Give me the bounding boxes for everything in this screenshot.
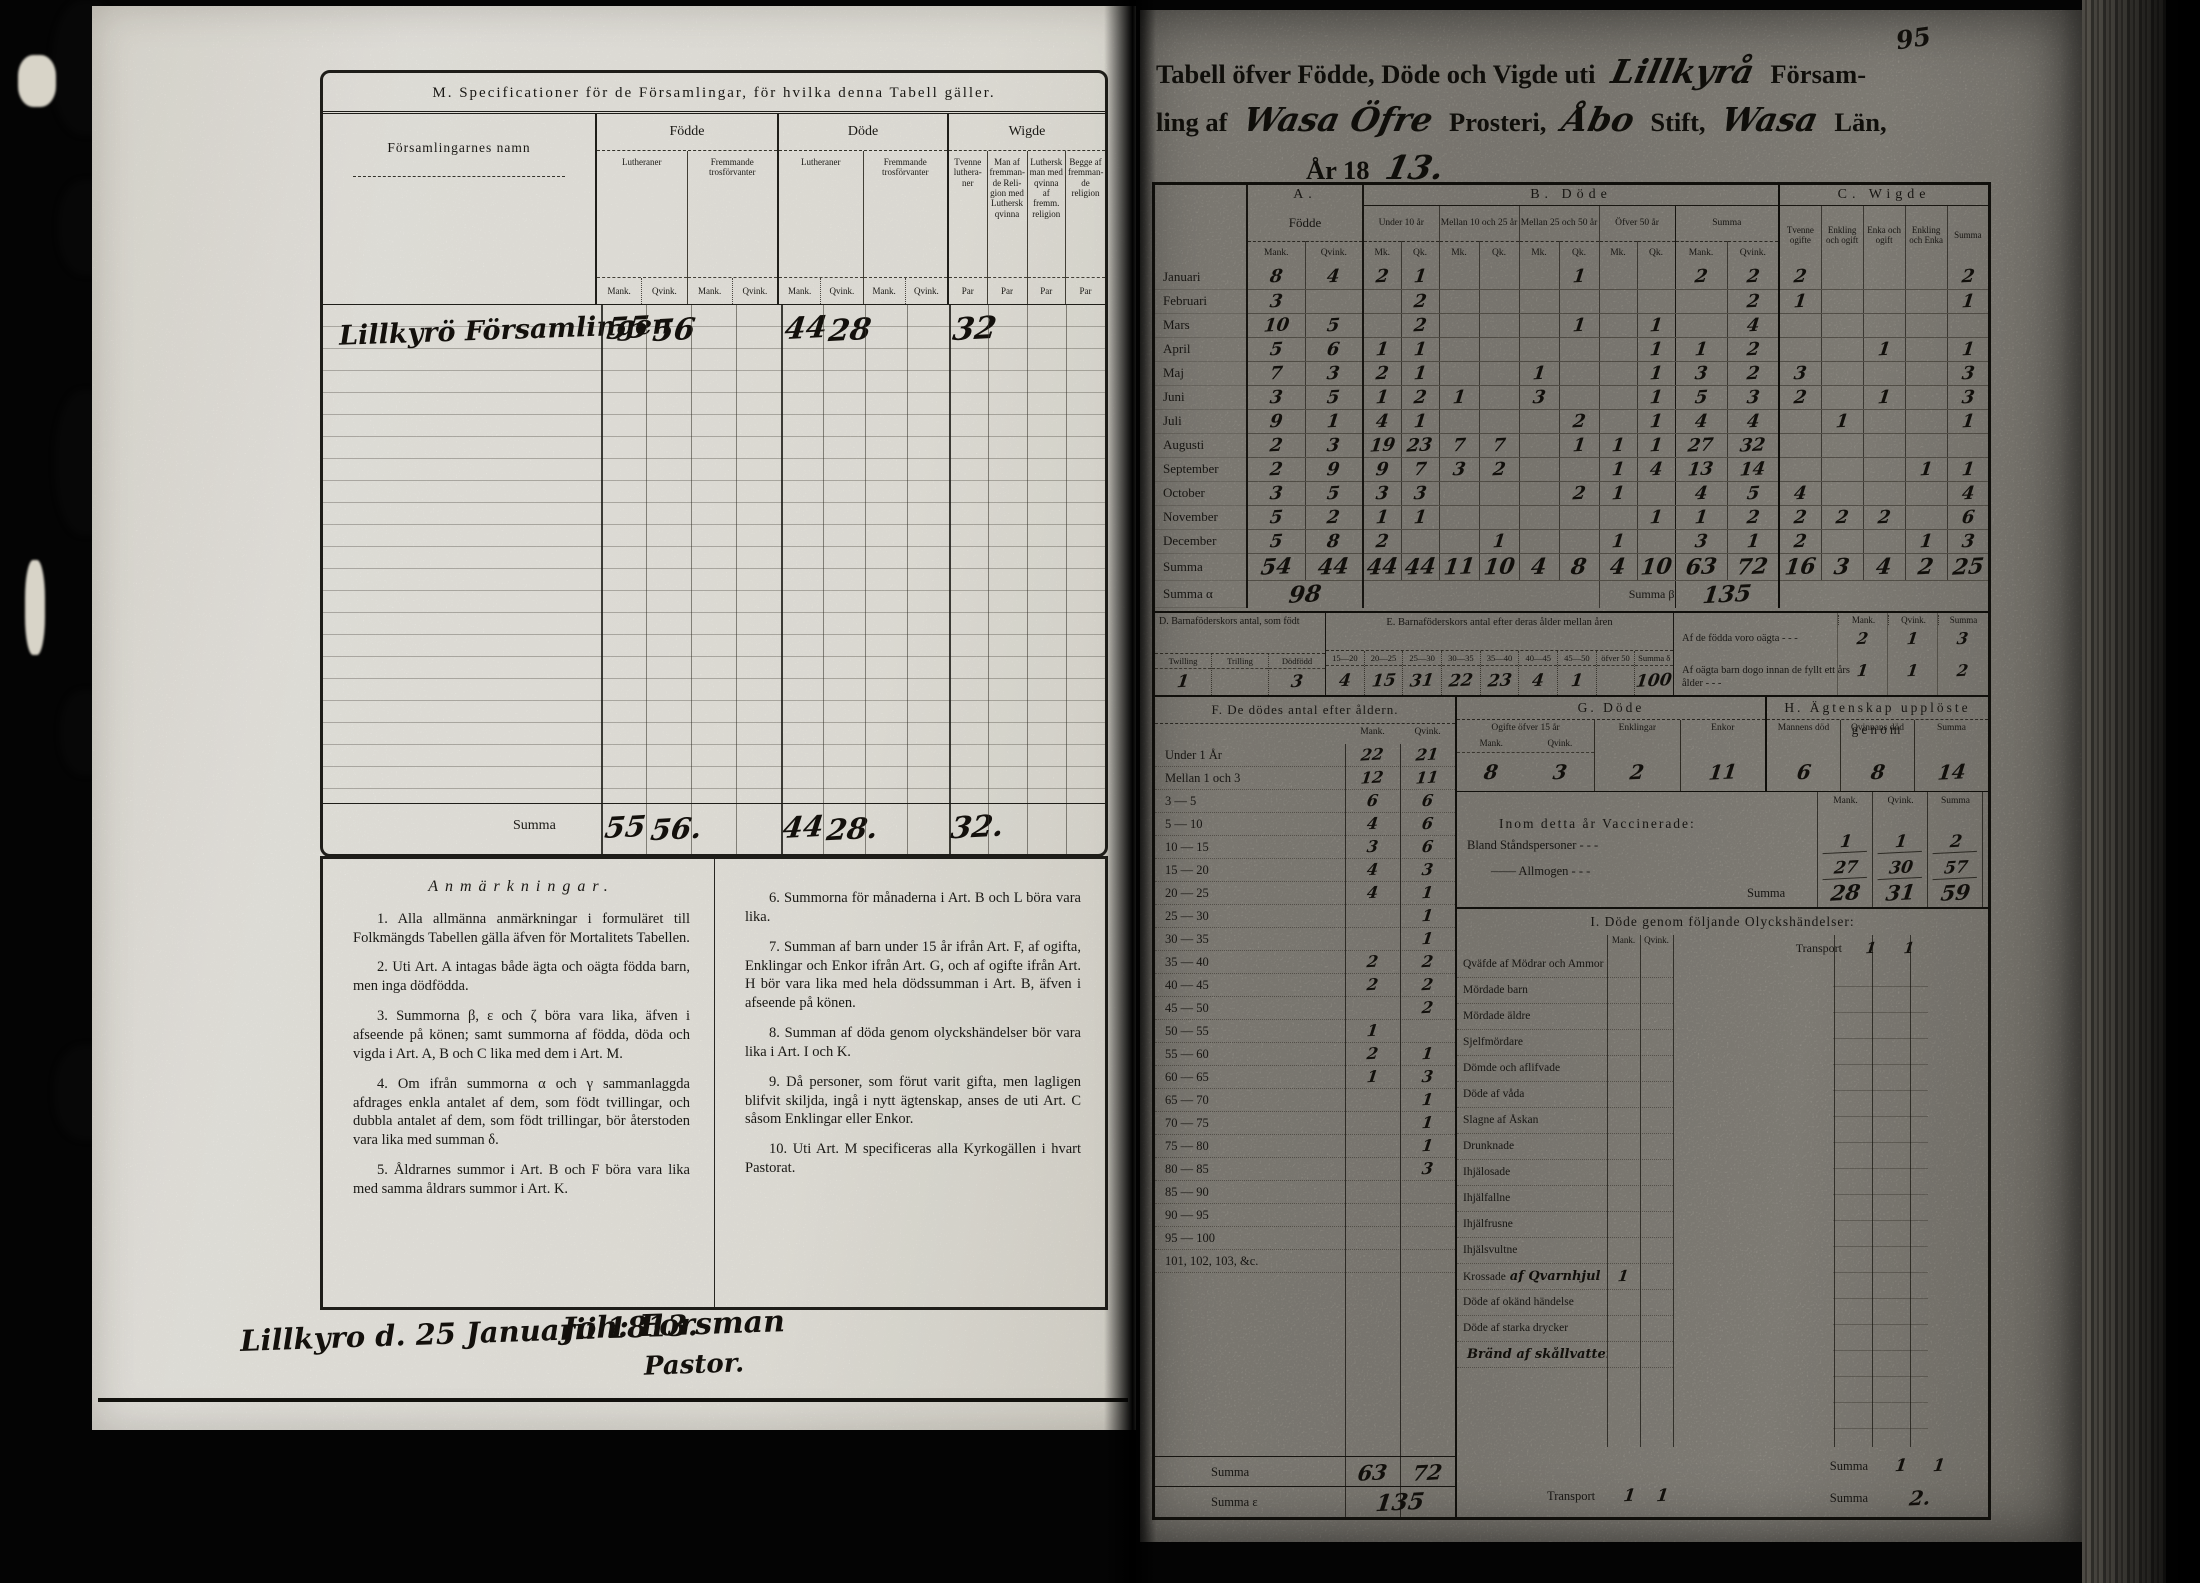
column-rule <box>1400 744 1401 1517</box>
spec-subgroup: Luthersk man med qvinna af fremm. religi… <box>1027 151 1066 304</box>
i-cause-row: Mördade barn <box>1457 977 1673 1004</box>
i-cause-label: Qväfde af Mödrar och Ammor <box>1463 958 1604 970</box>
data-cell: 1 <box>1559 265 1599 289</box>
e-col-label: 30—35 <box>1442 651 1480 666</box>
remark-item: 6. Summorna för månaderna i Art. B och L… <box>745 889 1081 927</box>
remark-item: 8. Summan af döda genom olyckshändelser … <box>745 1024 1081 1062</box>
g-enklingar-col: Enklingar2 <box>1594 720 1679 791</box>
f-qvink-value: 6 <box>1421 837 1435 857</box>
data-cell <box>1479 409 1519 433</box>
data-cell <box>1905 385 1947 409</box>
column-rule <box>907 804 908 854</box>
data-cell <box>1821 361 1863 385</box>
cell-value: 1 <box>1648 338 1663 360</box>
transport-qvink: 1 <box>1889 938 1930 958</box>
data-cell <box>1599 409 1637 433</box>
month-label: Juli <box>1155 409 1247 433</box>
cell-value: 1 <box>1693 338 1708 360</box>
summa-dode-mank: 44 <box>781 809 826 845</box>
spec-col-label: Par <box>1066 278 1105 304</box>
vacc-value: 30 <box>1873 858 1928 879</box>
data-cell: 1 <box>1559 433 1599 457</box>
cell-value: 1 <box>1412 338 1427 360</box>
data-cell <box>1779 337 1821 361</box>
spec-subgroup-label: Begge af fremman- de religion <box>1066 151 1105 277</box>
data-cell: 1 <box>1947 409 1988 433</box>
oagta-value: 1 <box>1888 629 1938 648</box>
f-age-label: 75 — 80 <box>1155 1139 1345 1154</box>
f-mank-value: 2 <box>1366 1044 1380 1064</box>
f-age-label: 50 — 55 <box>1155 1024 1345 1039</box>
data-cell <box>1599 361 1637 385</box>
data-cell <box>1479 361 1519 385</box>
f-qvink-value: 11 <box>1415 767 1440 787</box>
remark-item: 7. Summan af barn under 15 år ifrån Art.… <box>745 938 1081 1013</box>
data-cell: 3 <box>1675 361 1727 385</box>
f-age-label: 85 — 90 <box>1155 1185 1345 1200</box>
e-value: 1 <box>1570 670 1584 691</box>
data-cell: 44 <box>1305 553 1363 580</box>
title-text: Stift, <box>1650 107 1705 137</box>
spec-subgroup-label: Luthersk man med qvinna af fremm. religi… <box>1028 151 1066 277</box>
f-age-row: Mellan 1 och 31211 <box>1155 767 1455 790</box>
data-cell: 6 <box>1947 505 1988 529</box>
remarks-column-2: 6. Summorna för månaderna i Art. B och L… <box>714 859 1105 1307</box>
cell-value: 11 <box>1442 553 1476 580</box>
data-cell: 7 <box>1401 457 1439 481</box>
column-rule <box>907 305 908 803</box>
f-age-label: 55 — 60 <box>1155 1047 1345 1062</box>
f-qvink-value: 2 <box>1421 998 1435 1018</box>
month-row: November52111122226 <box>1155 505 1988 529</box>
data-cell: 1 <box>1439 385 1479 409</box>
column-rule <box>1834 935 1835 1447</box>
transport-qvink: 1 <box>1645 1485 1681 1507</box>
binding-shadow <box>1104 0 1156 1583</box>
spec-table-body: Lillkyrö Församlingen 55 56 44 28 32 <box>323 304 1105 803</box>
cell-value: 10 <box>1262 314 1290 336</box>
data-cell: 4 <box>1519 553 1559 580</box>
f-mank-value: 4 <box>1366 860 1380 880</box>
f-age-label: 65 — 70 <box>1155 1093 1345 1108</box>
data-cell: 72 <box>1727 553 1779 580</box>
cell-value: 4 <box>1693 410 1708 432</box>
month-label: Januari <box>1155 265 1247 289</box>
column-rule <box>1673 935 1674 1447</box>
vacc-value: 57 <box>1928 858 1983 879</box>
spec-table-header: Församlingarnes namn FöddeLutheranerMank… <box>323 114 1105 304</box>
data-cell: 1 <box>1363 337 1401 361</box>
data-cell: 1 <box>1675 505 1727 529</box>
remark-item: 4. Om ifrån summorna α och γ sammanlaggd… <box>353 1075 690 1150</box>
spec-group-label: Wigde <box>949 114 1105 151</box>
cell-value: 2 <box>1960 266 1975 288</box>
i-cause-label: Slagne af Åskan <box>1463 1114 1538 1126</box>
header-b-group: Mellan 25 och 50 år <box>1519 205 1599 241</box>
cell-value: 8 <box>1269 266 1284 288</box>
g-ogifte-col: Ogifte öfver 15 årMank.Qvink.83 <box>1457 720 1594 791</box>
data-cell <box>1479 505 1519 529</box>
f-mank-value: 22 <box>1360 744 1385 764</box>
e-value: 100 <box>1635 670 1673 692</box>
cell-value: 7 <box>1451 434 1466 456</box>
i-mank-value: 1 <box>1617 1266 1630 1285</box>
data-cell: 1 <box>1479 529 1519 553</box>
f-age-label: 95 — 100 <box>1155 1231 1345 1246</box>
cell-value: 1 <box>1412 506 1427 528</box>
f-summa-qvink: 72 <box>1398 1458 1457 1486</box>
month-label: Augusti <box>1155 433 1247 457</box>
cell-value: 5 <box>1269 530 1284 552</box>
g-sub-mank: Mank. <box>1457 738 1526 752</box>
cell-value: 3 <box>1269 482 1284 504</box>
g-enkor-value: 11 <box>1707 759 1738 784</box>
title-line-1: Tabell öfver Födde, Döde och Vigde uti L… <box>1156 48 1976 96</box>
spec-col-label: Mank. <box>779 278 820 304</box>
f-qvink-value: 1 <box>1421 1090 1435 1110</box>
spec-col-label: Qvink. <box>641 278 686 304</box>
data-cell: 1 <box>1401 265 1439 289</box>
i-cause-label: Ihjälfallne <box>1463 1192 1510 1204</box>
data-cell <box>1821 385 1863 409</box>
data-cell: 5 <box>1247 337 1305 361</box>
cell-value: 1 <box>1610 458 1625 480</box>
data-cell <box>1821 481 1863 505</box>
data-cell: 4 <box>1305 265 1363 289</box>
cell-value: 63 <box>1684 553 1718 580</box>
spec-group-label: Födde <box>597 114 777 151</box>
data-cell <box>1439 409 1479 433</box>
month-row: September29973214131411 <box>1155 457 1988 481</box>
oagta-value: 1 <box>1838 661 1888 680</box>
vacc-value: 1 <box>1818 832 1873 853</box>
i-summa-qvink: 1 <box>1919 1455 1960 1477</box>
data-cell <box>1519 265 1559 289</box>
h-col-label: Mannens död <box>1767 720 1840 752</box>
cell-value: 2 <box>1793 386 1808 408</box>
cell-value: 2 <box>1876 506 1891 528</box>
cell-value: 2 <box>1491 458 1506 480</box>
data-cell <box>1479 481 1519 505</box>
data-cell: 9 <box>1363 457 1401 481</box>
i-cause-label: Mördade äldre <box>1463 1010 1530 1022</box>
header-sex-col: Qk. <box>1479 241 1519 265</box>
data-cell <box>1305 289 1363 313</box>
cell-value: 10 <box>1482 553 1516 580</box>
data-cell <box>1479 313 1519 337</box>
vaccinated-block: Inom detta år Vaccinerade:Mank.Qvink.Sum… <box>1455 791 1988 909</box>
spec-col-label: Qvink. <box>820 278 862 304</box>
data-cell: 10 <box>1637 553 1675 580</box>
summa-beta-total: 135 <box>1675 580 1779 608</box>
f-age-label: 10 — 15 <box>1155 840 1345 855</box>
data-cell <box>1479 385 1519 409</box>
i-cause-label: Ihjälsvultne <box>1463 1244 1517 1256</box>
data-cell: 2 <box>1905 553 1947 580</box>
i-cause-row: Mördade äldre <box>1457 1003 1673 1030</box>
month-row: October3533214544 <box>1155 481 1988 505</box>
i-cause-label: Sjelfmördare <box>1463 1036 1523 1048</box>
data-cell: 3 <box>1821 553 1863 580</box>
data-cell: 1 <box>1305 409 1363 433</box>
e-col: 25—3031 <box>1402 651 1441 695</box>
column-rule <box>1027 305 1028 803</box>
data-cell: 1 <box>1637 433 1675 457</box>
cell-value: 2 <box>1745 506 1760 528</box>
cell-value: 5 <box>1745 482 1760 504</box>
f-age-row: 45 — 502 <box>1155 997 1455 1020</box>
spec-group-1: DödeLutheranerMank.Qvink.Fremmande trosf… <box>777 114 947 304</box>
header-a: A. <box>1247 185 1363 205</box>
data-cell <box>1439 505 1479 529</box>
cell-value: 1 <box>1960 410 1975 432</box>
header-sex-col: Qk. <box>1401 241 1439 265</box>
cell-value: 1 <box>1412 362 1427 384</box>
f-qvink-value: 2 <box>1421 952 1435 972</box>
data-cell: 1 <box>1779 289 1821 313</box>
cell-value: 2 <box>1745 338 1760 360</box>
cell-value: 1 <box>1793 290 1808 312</box>
section-g-title: G. Döde <box>1457 697 1765 720</box>
cell-value: 5 <box>1326 314 1341 336</box>
f-age-row: 20 — 2541 <box>1155 882 1455 905</box>
section-i-accidents: I. Döde genom följande Olyckshändelser:M… <box>1455 909 1988 1517</box>
cell-value: 4 <box>1960 482 1975 504</box>
d-col: Dödfödd3 <box>1268 654 1325 695</box>
spec-group-0: FöddeLutheranerMank.Qvink.Fremmande tros… <box>595 114 777 304</box>
section-h: H. Ägtenskap upplöste genomMannens död6Q… <box>1765 697 1988 791</box>
data-cell <box>1363 313 1401 337</box>
data-cell <box>1863 433 1905 457</box>
f-age-row: 15 — 2043 <box>1155 859 1455 882</box>
data-cell: 23 <box>1401 433 1439 457</box>
cell-value: 2 <box>1793 266 1808 288</box>
f-age-label: Under 1 År <box>1155 748 1345 763</box>
spec-col-label: Par <box>988 278 1027 304</box>
month-label: Februari <box>1155 289 1247 313</box>
section-g: G. DödeOgifte öfver 15 årMank.Qvink.83En… <box>1457 697 1765 791</box>
data-cell: 2 <box>1401 289 1439 313</box>
e-col-label: Summa δ <box>1635 651 1673 666</box>
data-cell <box>1863 313 1905 337</box>
month-row: Mars1052114 <box>1155 313 1988 337</box>
remarks-section: Anmärkningar. 1. Alla allmänna anmärknin… <box>320 856 1108 1310</box>
header-c-col: Enka och ogift <box>1863 205 1905 265</box>
month-row: Maj7321113233 <box>1155 361 1988 385</box>
data-cell: 5 <box>1247 505 1305 529</box>
data-cell <box>1401 529 1439 553</box>
i-cause-label: Krossade <box>1463 1271 1506 1283</box>
cell-value: 4 <box>1326 266 1341 288</box>
data-cell <box>1519 313 1559 337</box>
cell-value: 3 <box>1451 458 1466 480</box>
cell-value: 4 <box>1793 482 1808 504</box>
spec-subgroup: Fremmande trosförvanterMank.Qvink. <box>863 151 948 304</box>
f-age-row: Under 1 År2221 <box>1155 744 1455 767</box>
scan-artifact <box>18 55 56 107</box>
header-b-dode: B. Döde <box>1363 185 1779 205</box>
data-cell <box>1905 265 1947 289</box>
header-sex-col: Mank. <box>1247 241 1305 265</box>
spec-col-label: Mank. <box>688 278 732 304</box>
d-col-label: Dödfödd <box>1269 654 1325 669</box>
i-cause-row: Qväfde af Mödrar och Ammor <box>1457 951 1673 978</box>
f-age-label: 70 — 75 <box>1155 1116 1345 1131</box>
cell-value: 2 <box>1326 506 1341 528</box>
month-label: April <box>1155 337 1247 361</box>
i-cause-label: Döde af våda <box>1463 1088 1524 1100</box>
header-sex-col: Mank. <box>1675 241 1727 265</box>
h-value: 8 <box>1869 759 1886 784</box>
data-cell: 2 <box>1727 337 1779 361</box>
i-cause-row: Bränd af skållvatten <box>1457 1341 1673 1368</box>
cell-value: 32 <box>1739 434 1767 456</box>
data-cell: 9 <box>1305 457 1363 481</box>
cell-value: 2 <box>1375 266 1390 288</box>
month-label: Maj <box>1155 361 1247 385</box>
cell-value: 1 <box>1648 386 1663 408</box>
data-cell <box>1905 481 1947 505</box>
cell-value: 1 <box>1531 362 1546 384</box>
data-cell: 13 <box>1675 457 1727 481</box>
cell-value: 1 <box>1375 506 1390 528</box>
cell-value: 3 <box>1269 290 1284 312</box>
month-row: Juli9141214411 <box>1155 409 1988 433</box>
column-rule <box>1872 935 1873 1447</box>
f-age-row: 40 — 4522 <box>1155 974 1455 997</box>
left-page: M. Specificationer för de Församlingar, … <box>92 6 1136 1430</box>
f-age-label: 3 — 5 <box>1155 794 1345 809</box>
cell-value: 9 <box>1326 458 1341 480</box>
cell-value: 3 <box>1375 482 1390 504</box>
e-col-label: öfver 50 <box>1597 651 1635 666</box>
f-mank-value: 4 <box>1366 814 1380 834</box>
column-rule <box>691 305 692 803</box>
cell-value: 1 <box>1491 530 1506 552</box>
section-g-h: G. DödeOgifte öfver 15 årMank.Qvink.83En… <box>1455 695 1988 791</box>
cell-value: 3 <box>1326 434 1341 456</box>
f-header-qvink: Qvink. <box>1400 727 1455 737</box>
column-rule <box>601 305 603 803</box>
data-cell: 1 <box>1863 385 1905 409</box>
data-cell <box>1863 409 1905 433</box>
f-age-label: 45 — 50 <box>1155 1001 1345 1016</box>
data-cell: 3 <box>1675 529 1727 553</box>
title-lan-handwritten: Wasa <box>1717 96 1823 144</box>
column-rule <box>865 305 866 803</box>
cell-value: 14 <box>1739 458 1767 480</box>
data-cell: 19 <box>1363 433 1401 457</box>
cell-value: 16 <box>1783 553 1817 580</box>
data-cell <box>1519 529 1559 553</box>
i-summa-row: Summa11 <box>1737 1451 1958 1481</box>
column-rule <box>823 804 824 854</box>
data-cell: 2 <box>1401 313 1439 337</box>
vacc-value: 2 <box>1928 832 1983 853</box>
f-mank-value: 1 <box>1366 1067 1380 1087</box>
section-h-title: H. Ägtenskap upplöste genom <box>1767 697 1988 720</box>
f-age-label: 40 — 45 <box>1155 978 1345 993</box>
column-rule <box>1887 613 1888 695</box>
data-cell <box>1519 505 1559 529</box>
signature-role: Pastor. <box>644 1348 745 1381</box>
spec-col-label: Qvink. <box>905 278 947 304</box>
e-col: 30—3522 <box>1441 651 1480 695</box>
cell-value: 1 <box>1610 434 1625 456</box>
data-cell <box>1519 433 1559 457</box>
spec-col-label: Par <box>1028 278 1066 304</box>
data-cell: 2 <box>1363 361 1401 385</box>
data-cell: 3 <box>1305 361 1363 385</box>
data-cell: 1 <box>1727 529 1779 553</box>
i-cause-row: Dömde och aflifvade <box>1457 1055 1673 1082</box>
f-summa-label: Summa <box>1155 1465 1345 1480</box>
data-cell <box>1519 337 1559 361</box>
data-cell: 3 <box>1947 529 1988 553</box>
title-text: Tabell öfver Födde, Döde och Vigde uti <box>1156 59 1596 89</box>
data-cell: 3 <box>1779 361 1821 385</box>
f-qvink-value: 1 <box>1421 1044 1435 1064</box>
data-cell <box>1905 505 1947 529</box>
column-rule <box>1910 935 1911 1447</box>
d-col: Twilling1 <box>1155 654 1211 695</box>
column-rule <box>736 305 737 803</box>
data-cell <box>1821 265 1863 289</box>
f-mank-value: 4 <box>1366 883 1380 903</box>
data-cell: 63 <box>1675 553 1727 580</box>
data-cell <box>1439 289 1479 313</box>
spec-subgroup: LutheranerMank.Qvink. <box>779 151 863 304</box>
summa-alpha-beta-row: Summa α98Summa β135 <box>1155 580 1988 608</box>
data-cell: 25 <box>1947 553 1988 580</box>
summa-beta-label: Summa β <box>1599 580 1675 608</box>
month-label: September <box>1155 457 1247 481</box>
data-cell: 1 <box>1401 361 1439 385</box>
data-cell: 8 <box>1305 529 1363 553</box>
remark-item: 3. Summorna β, ε och ζ böra vara lika, ä… <box>353 1007 690 1064</box>
data-cell <box>1439 529 1479 553</box>
header-sex-col: Mk. <box>1599 241 1637 265</box>
data-cell <box>1821 529 1863 553</box>
cell-value: 1 <box>1918 458 1933 480</box>
title-text: Prosteri, <box>1449 107 1546 137</box>
data-cell: 2 <box>1779 265 1821 289</box>
mortality-table: A.B. DödeC. WigdeFöddeUnder 10 årMellan … <box>1152 182 1991 1520</box>
f-age-row: 60 — 6513 <box>1155 1066 1455 1089</box>
data-cell <box>1479 337 1519 361</box>
cell-value: 44 <box>1317 553 1351 580</box>
cell-value: 3 <box>1960 530 1975 552</box>
f-age-row: 70 — 751 <box>1155 1112 1455 1135</box>
data-cell: 2 <box>1779 529 1821 553</box>
column-rule <box>865 804 866 854</box>
spec-subgroup-label: Tvenne luthera- ner <box>949 151 987 277</box>
cell-value: 4 <box>1693 482 1708 504</box>
f-total: 135 <box>1343 1486 1457 1519</box>
header-c-col: Enkling och Enka <box>1905 205 1947 265</box>
i-cause-row: Ihjälfallne <box>1457 1185 1673 1212</box>
data-cell: 5 <box>1727 481 1779 505</box>
cell-value: 1 <box>1648 362 1663 384</box>
oagta-row-label: Af de födda voro oägta - - - <box>1682 633 1852 646</box>
data-cell: 2 <box>1779 385 1821 409</box>
f-age-label: 60 — 65 <box>1155 1070 1345 1085</box>
cell-value: 2 <box>1693 266 1708 288</box>
title-stift-handwritten: Åbo <box>1558 96 1639 144</box>
data-cell <box>1905 409 1947 433</box>
data-cell: 1 <box>1401 409 1439 433</box>
f-qvink-value: 3 <box>1421 860 1435 880</box>
